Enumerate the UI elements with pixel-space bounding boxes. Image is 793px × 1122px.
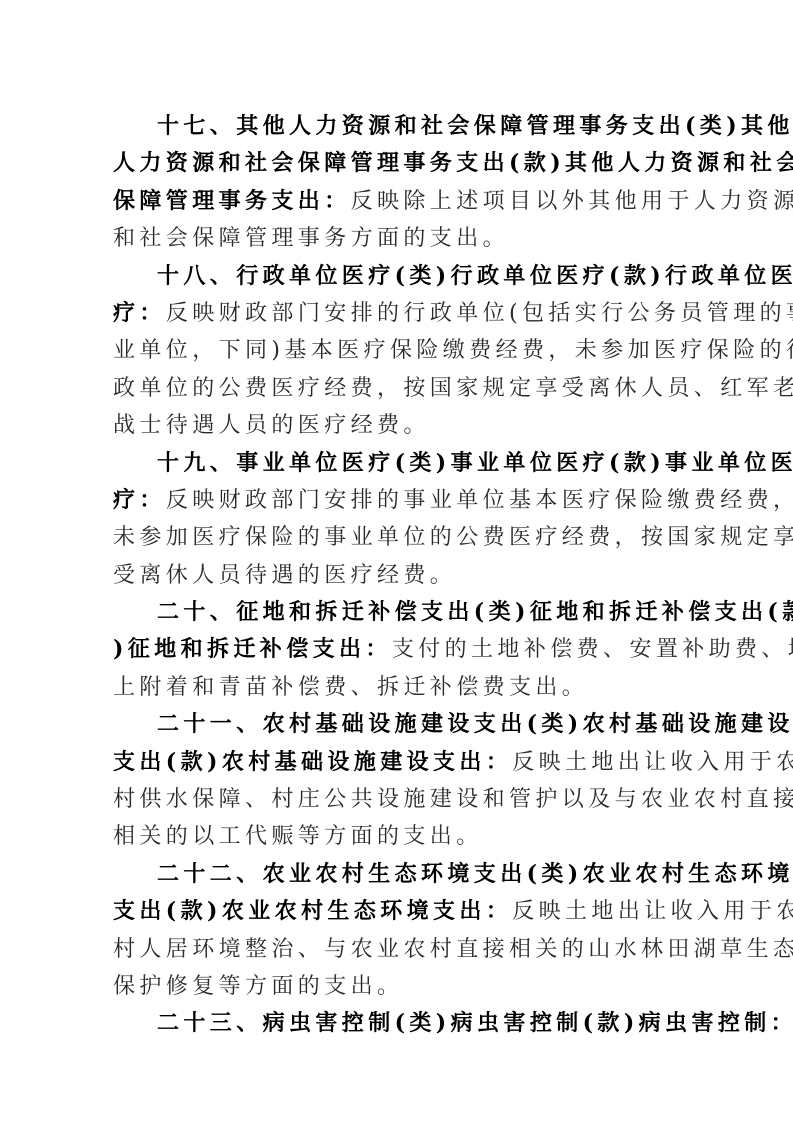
text-line: 疗：反映财政部门安排的事业单位基本医疗保险缴费经费， — [113, 482, 683, 519]
section-18: 十八、行政单位医疗(类)行政单位医疗(款)行政单位医 疗：反映财政部门安排的行政… — [113, 258, 683, 445]
text-line: 二十一、农村基础设施建设支出(类)农村基础设施建设 — [113, 706, 683, 743]
text-line: 村供水保障、村庄公共设施建设和管护以及与农业农村直接 — [113, 781, 683, 818]
text-line: 十七、其他人力资源和社会保障管理事务支出(类)其他 — [113, 108, 683, 145]
section-17: 十七、其他人力资源和社会保障管理事务支出(类)其他 人力资源和社会保障管理事务支… — [113, 108, 683, 258]
text-line: 政单位的公费医疗经费，按国家规定享受离休人员、红军老 — [113, 370, 683, 407]
text-line: )征地和拆迁补偿支出：支付的土地补偿费、安置补助费、地 — [113, 631, 683, 668]
text-line: 上附着和青苗补偿费、拆迁补偿费支出。 — [113, 669, 683, 706]
text-line: 支出(款)农业农村生态环境支出：反映土地出让收入用于农 — [113, 893, 683, 930]
text-line: 保障管理事务支出：反映除上述项目以外其他用于人力资源 — [113, 183, 683, 220]
text-line: 二十三、病虫害控制(类)病虫害控制(款)病虫害控制： — [113, 1005, 683, 1042]
text-line: 战士待遇人员的医疗经费。 — [113, 407, 683, 444]
text-line: 十九、事业单位医疗(类)事业单位医疗(款)事业单位医 — [113, 445, 683, 482]
text-line: 相关的以工代赈等方面的支出。 — [113, 818, 683, 855]
section-20: 二十、征地和拆迁补偿支出(类)征地和拆迁补偿支出(款 )征地和拆迁补偿支出：支付… — [113, 594, 683, 706]
text-line: 和社会保障管理事务方面的支出。 — [113, 220, 683, 257]
text-line: 村人居环境整治、与农业农村直接相关的山水林田湖草生态 — [113, 931, 683, 968]
text-line: 受离休人员待遇的医疗经费。 — [113, 557, 683, 594]
document-page: 十七、其他人力资源和社会保障管理事务支出(类)其他 人力资源和社会保障管理事务支… — [113, 108, 683, 1043]
text-line: 未参加医疗保险的事业单位的公费医疗经费，按国家规定享 — [113, 519, 683, 556]
text-line: 二十、征地和拆迁补偿支出(类)征地和拆迁补偿支出(款 — [113, 594, 683, 631]
text-line: 支出(款)农村基础设施建设支出：反映土地出让收入用于农 — [113, 744, 683, 781]
text-line: 疗：反映财政部门安排的行政单位(包括实行公务员管理的事 — [113, 295, 683, 332]
text-line: 人力资源和社会保障管理事务支出(款)其他人力资源和社会 — [113, 145, 683, 182]
section-22: 二十二、农业农村生态环境支出(类)农业农村生态环境 支出(款)农业农村生态环境支… — [113, 856, 683, 1006]
text-line: 十八、行政单位医疗(类)行政单位医疗(款)行政单位医 — [113, 258, 683, 295]
section-23: 二十三、病虫害控制(类)病虫害控制(款)病虫害控制： — [113, 1005, 683, 1042]
section-21: 二十一、农村基础设施建设支出(类)农村基础设施建设 支出(款)农村基础设施建设支… — [113, 706, 683, 856]
section-19: 十九、事业单位医疗(类)事业单位医疗(款)事业单位医 疗：反映财政部门安排的事业… — [113, 445, 683, 595]
text-line: 二十二、农业农村生态环境支出(类)农业农村生态环境 — [113, 856, 683, 893]
text-line: 保护修复等方面的支出。 — [113, 968, 683, 1005]
text-line: 业单位，下同)基本医疗保险缴费经费，未参加医疗保险的行 — [113, 332, 683, 369]
